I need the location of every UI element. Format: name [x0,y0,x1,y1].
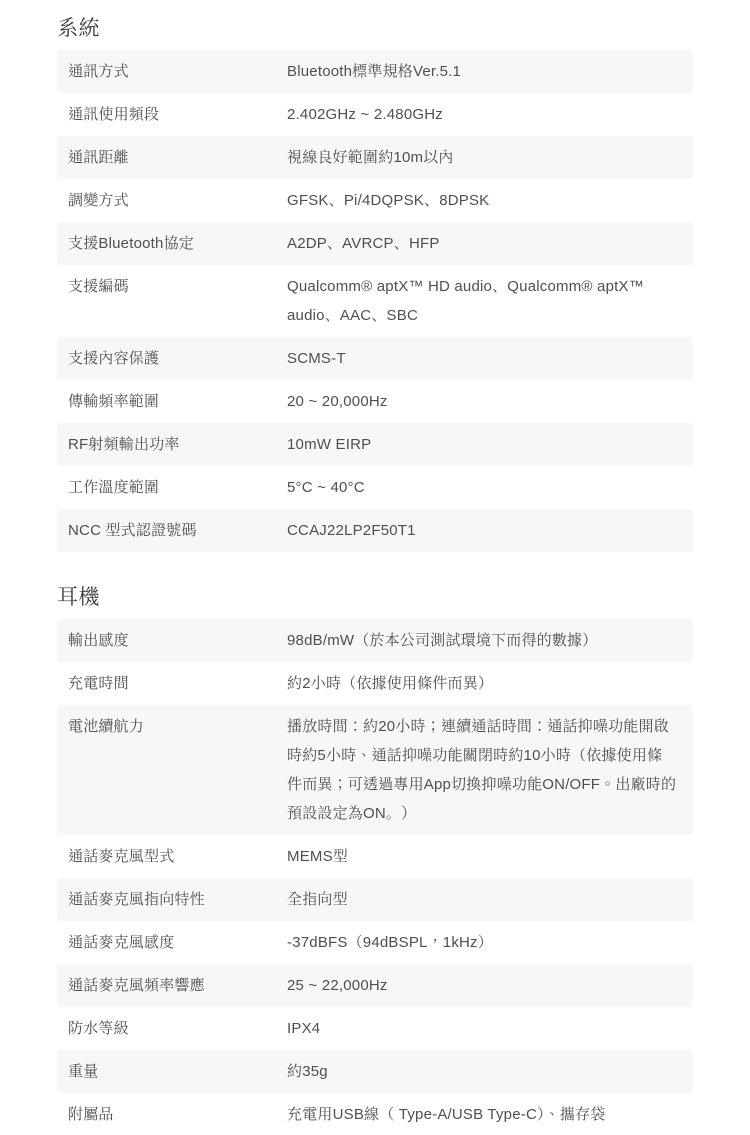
spec-row: 重量約35g [57,1050,693,1093]
spec-row-label: 電池續航力 [68,712,287,741]
spec-row-value: 25 ~ 22,000Hz [287,971,677,1000]
spec-row-value: IPX4 [287,1014,677,1043]
spec-row: 工作溫度範圍5°C ~ 40°C [57,466,693,509]
spec-row-label: 充電時間 [68,669,287,698]
spec-row-label: 通訊方式 [68,57,287,86]
spec-row-value: 充電用USB線（ Type-A/USB Type-C）、攜存袋 [287,1100,677,1129]
spec-row-label: 防水等級 [68,1014,287,1043]
spec-row-label: 重量 [68,1057,287,1086]
spec-row: 通話麥克風頻率響應25 ~ 22,000Hz [57,964,693,1007]
spec-row: RF射頻輸出功率10mW EIRP [57,423,693,466]
spec-row-label: 輸出感度 [68,626,287,655]
spec-row-label: 支援Bluetooth協定 [68,229,287,258]
spec-row-label: 通訊使用頻段 [68,100,287,129]
spec-row-label: 調變方式 [68,186,287,215]
spec-row-value: A2DP、AVRCP、HFP [287,229,677,258]
spec-row: 通話麥克風感度-37dBFS（94dBSPL，1kHz） [57,921,693,964]
spec-table: 輸出感度98dB/mW（於本公司測試環境下而得的數據）充電時間約2小時（依據使用… [57,619,693,1135]
spec-row: 附屬品充電用USB線（ Type-A/USB Type-C）、攜存袋 [57,1093,693,1135]
spec-row-value: Qualcomm® aptX™ HD audio、Qualcomm® aptX™… [287,272,677,330]
spec-sections: 系統通訊方式Bluetooth標準規格Ver.5.1通訊使用頻段2.402GHz… [57,16,693,1135]
spec-row-value: 播放時間：約20小時；連續通話時間：通話抑噪功能開啟時約5小時、通話抑噪功能關閉… [287,712,677,828]
spec-row: 調變方式GFSK、Pi/4DQPSK、8DPSK [57,179,693,222]
spec-row-label: 通話麥克風型式 [68,842,287,871]
spec-row-label: 工作溫度範圍 [68,473,287,502]
section-title: 系統 [57,16,693,41]
spec-row-value: 5°C ~ 40°C [287,473,677,502]
spec-page: 系統通訊方式Bluetooth標準規格Ver.5.1通訊使用頻段2.402GHz… [0,0,750,1135]
spec-row-label: 通話麥克風指向特性 [68,885,287,914]
spec-row: 通話麥克風指向特性全指向型 [57,878,693,921]
spec-row-label: RF射頻輸出功率 [68,430,287,459]
spec-row: 通訊使用頻段2.402GHz ~ 2.480GHz [57,93,693,136]
spec-row-value: 10mW EIRP [287,430,677,459]
spec-table: 通訊方式Bluetooth標準規格Ver.5.1通訊使用頻段2.402GHz ~… [57,50,693,552]
spec-row-label: 傳輸頻率範圍 [68,387,287,416]
spec-row: 通訊距離視線良好範圍約10m以內 [57,136,693,179]
spec-row-label: NCC 型式認證號碼 [68,516,287,545]
spec-row-value: MEMS型 [287,842,677,871]
spec-row-value: GFSK、Pi/4DQPSK、8DPSK [287,186,677,215]
spec-row-value: Bluetooth標準規格Ver.5.1 [287,57,677,86]
spec-row-value: -37dBFS（94dBSPL，1kHz） [287,928,677,957]
spec-row: 電池續航力播放時間：約20小時；連續通話時間：通話抑噪功能開啟時約5小時、通話抑… [57,705,693,835]
spec-row-value: 2.402GHz ~ 2.480GHz [287,100,677,129]
spec-row: 傳輸頻率範圍20 ~ 20,000Hz [57,380,693,423]
spec-row-label: 支援編碼 [68,272,287,301]
spec-row: 輸出感度98dB/mW（於本公司測試環境下而得的數據） [57,619,693,662]
spec-row-label: 通訊距離 [68,143,287,172]
spec-row: 通話麥克風型式MEMS型 [57,835,693,878]
section-title: 耳機 [57,585,693,610]
spec-row: 支援Bluetooth協定A2DP、AVRCP、HFP [57,222,693,265]
spec-row: 充電時間約2小時（依據使用條件而異） [57,662,693,705]
spec-row: 支援編碼Qualcomm® aptX™ HD audio、Qualcomm® a… [57,265,693,337]
spec-row-label: 支援內容保護 [68,344,287,373]
spec-row-label: 通話麥克風頻率響應 [68,971,287,1000]
spec-row-value: 98dB/mW（於本公司測試環境下而得的數據） [287,626,677,655]
spec-row: NCC 型式認證號碼CCAJ22LP2F50T1 [57,509,693,552]
spec-row-label: 附屬品 [68,1100,287,1129]
spec-row-value: 約35g [287,1057,677,1086]
spec-row: 防水等級IPX4 [57,1007,693,1050]
spec-row-value: 約2小時（依據使用條件而異） [287,669,677,698]
spec-row-value: 視線良好範圍約10m以內 [287,143,677,172]
spec-row-value: SCMS-T [287,344,677,373]
spec-row-value: 20 ~ 20,000Hz [287,387,677,416]
spec-row: 支援內容保護SCMS-T [57,337,693,380]
spec-row-value: CCAJ22LP2F50T1 [287,516,677,545]
spec-row-label: 通話麥克風感度 [68,928,287,957]
spec-row-value: 全指向型 [287,885,677,914]
spec-row: 通訊方式Bluetooth標準規格Ver.5.1 [57,50,693,93]
